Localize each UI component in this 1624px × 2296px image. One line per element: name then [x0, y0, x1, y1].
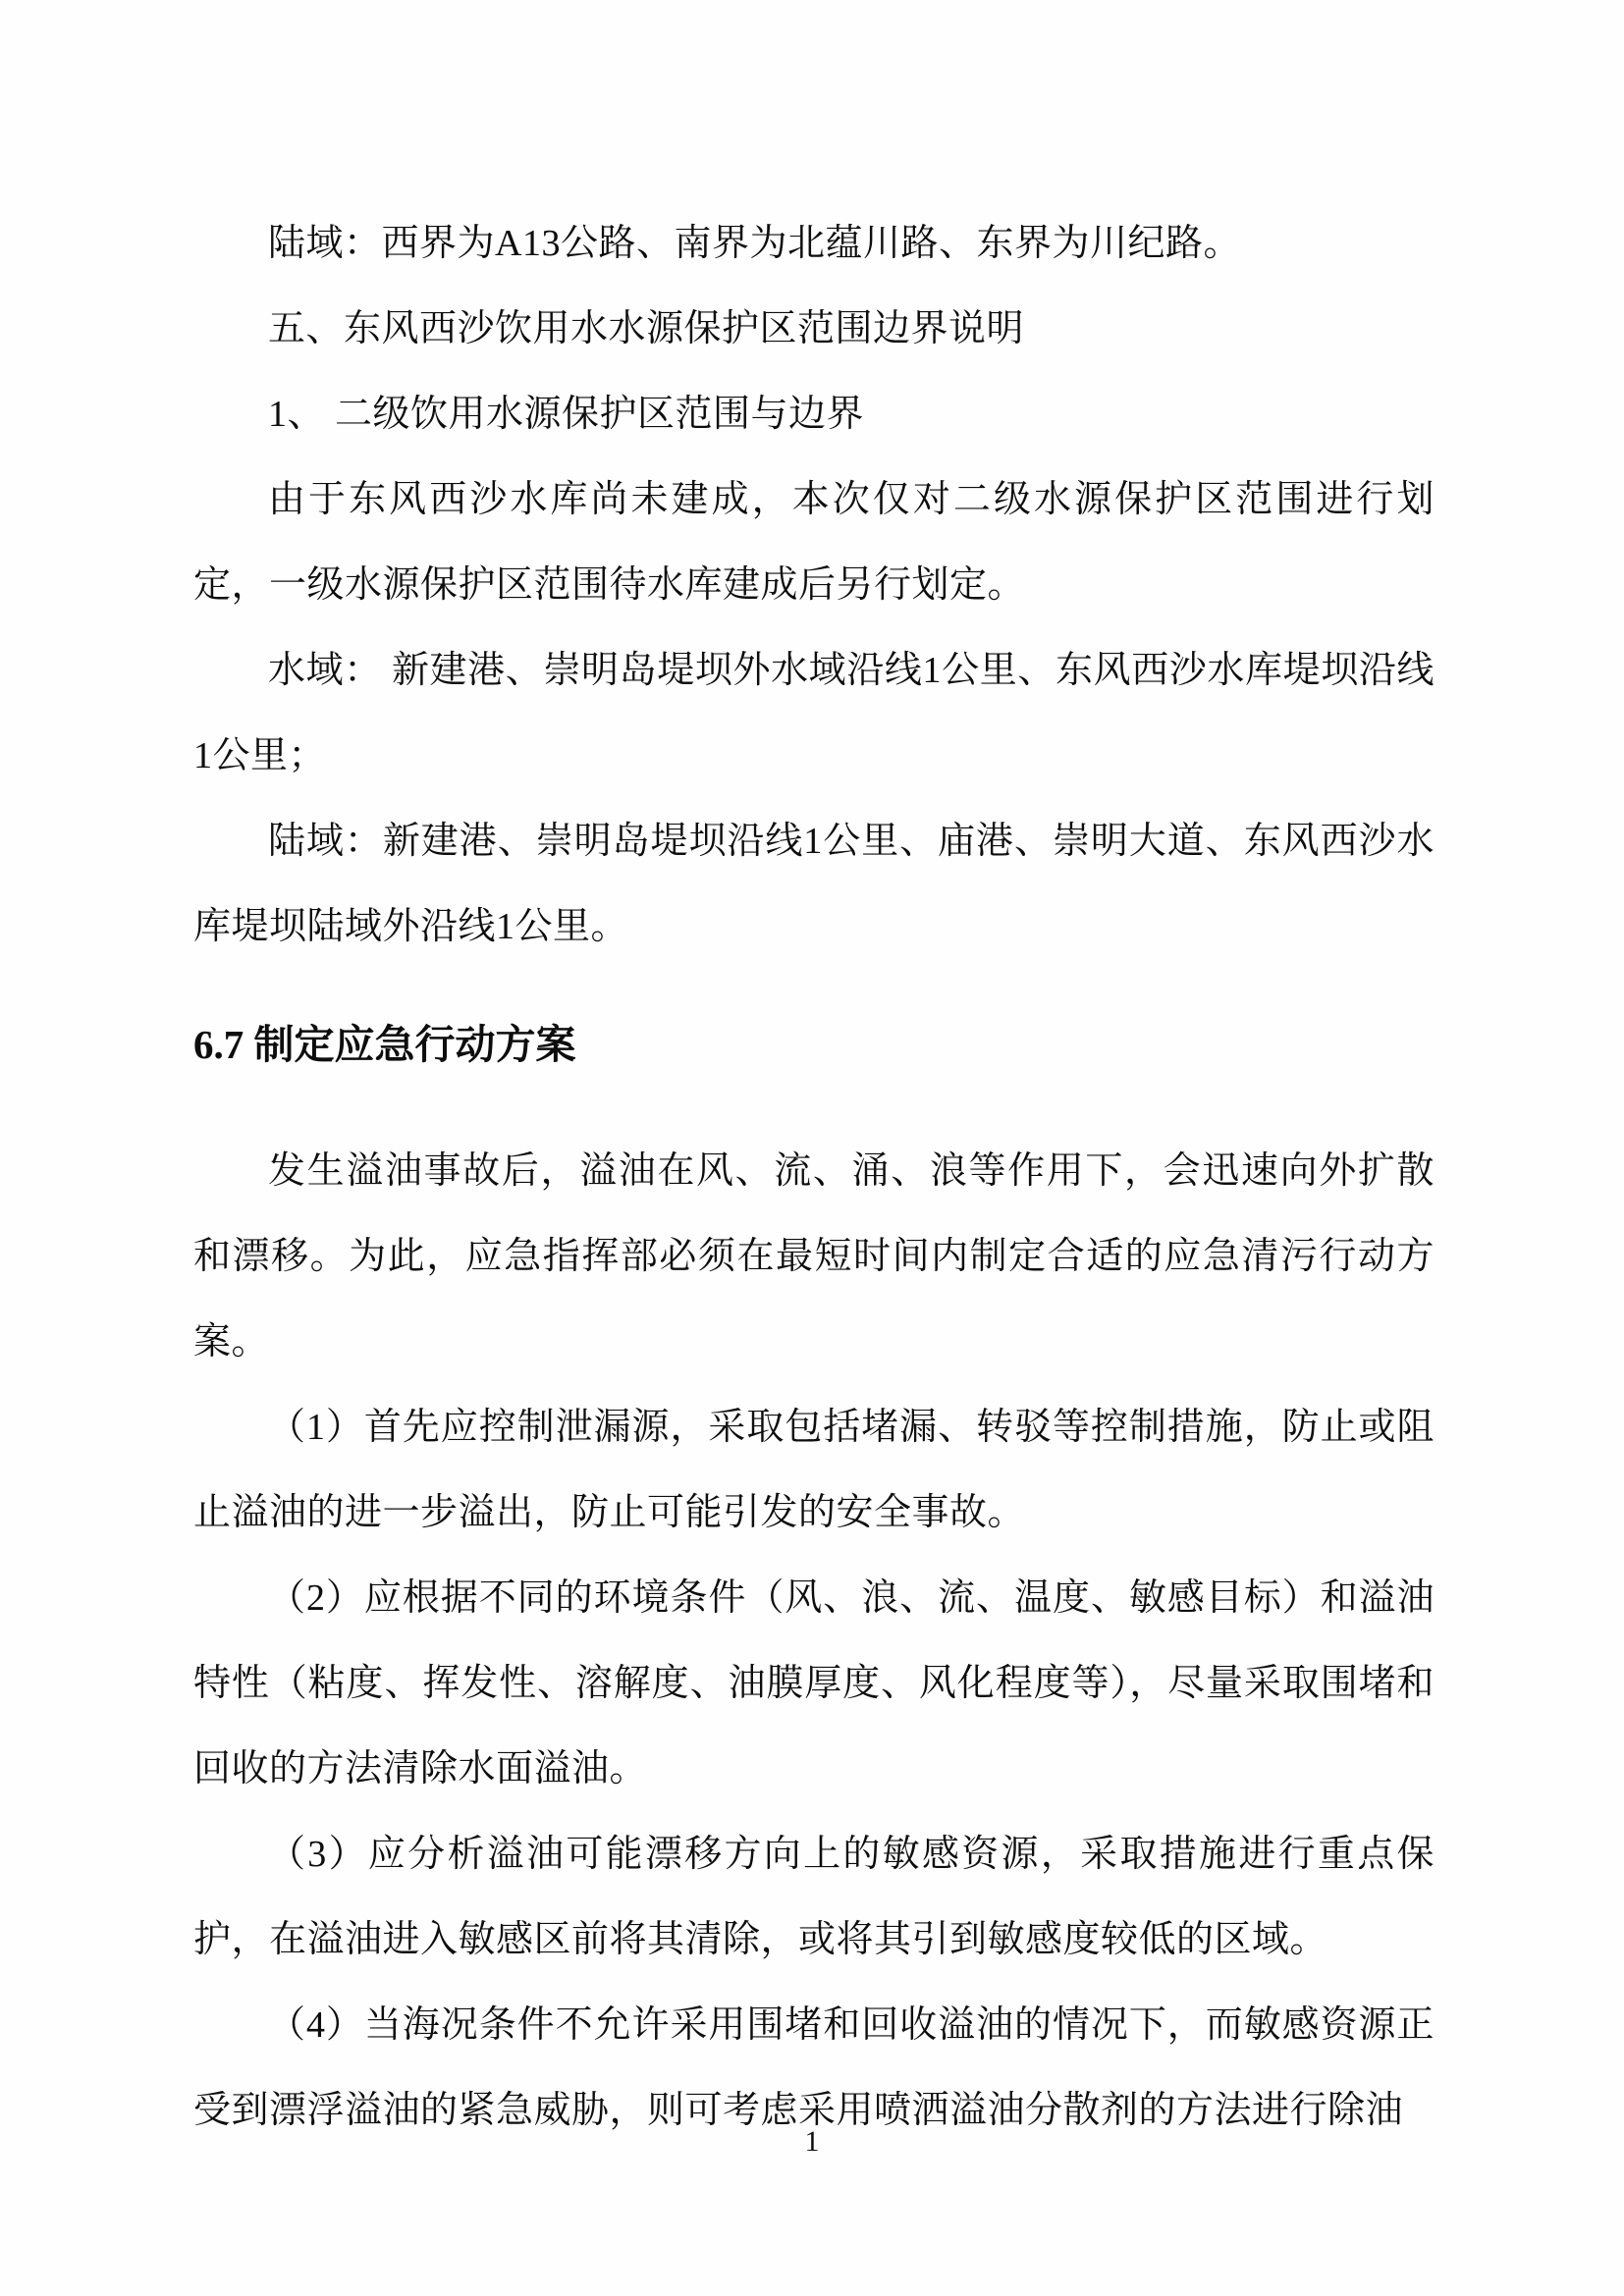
document-body: 陆域：西界为A13公路、南界为北蕴川路、东界为川纪路。 五、东风西沙饮用水水源保…	[193, 201, 1435, 2154]
document-page: 陆域：西界为A13公路、南界为北蕴川路、东界为川纪路。 五、东风西沙饮用水水源保…	[0, 0, 1624, 2296]
section-heading-6-7: 6.7 制定应急行动方案	[193, 1014, 1435, 1075]
paragraph-emergency-step-3: （3）应分析溢油可能漂移方向上的敏感资源，采取措施进行重点保护，在溢油进入敏感区…	[193, 1812, 1435, 1983]
paragraph-water-area: 水域： 新建港、崇明岛堤坝外水域沿线1公里、东风西沙水库堤坝沿线1公里；	[193, 628, 1435, 799]
page-number: 1	[0, 2120, 1624, 2163]
paragraph-emergency-step-2: （2）应根据不同的环境条件（风、浪、流、温度、敏感目标）和溢油特性（粘度、挥发性…	[193, 1556, 1435, 1812]
paragraph-land-boundary-chuanji: 陆域：西界为A13公路、南界为北蕴川路、东界为川纪路。	[193, 201, 1435, 287]
paragraph-section-five-title: 五、东风西沙饮用水水源保护区范围边界说明	[193, 287, 1435, 372]
paragraph-emergency-intro: 发生溢油事故后，溢油在风、流、涌、浪等作用下，会迅速向外扩散和漂移。为此，应急指…	[193, 1129, 1435, 1385]
paragraph-land-area: 陆域：新建港、崇明岛堤坝沿线1公里、庙港、崇明大道、东风西沙水库堤坝陆域外沿线1…	[193, 799, 1435, 970]
paragraph-secondary-protection-title: 1、 二级饮用水源保护区范围与边界	[193, 372, 1435, 457]
paragraph-emergency-step-1: （1）首先应控制泄漏源，采取包括堵漏、转驳等控制措施，防止或阻止溢油的进一步溢出…	[193, 1385, 1435, 1556]
paragraph-reservoir-note: 由于东风西沙水库尚未建成，本次仅对二级水源保护区范围进行划定，一级水源保护区范围…	[193, 457, 1435, 628]
